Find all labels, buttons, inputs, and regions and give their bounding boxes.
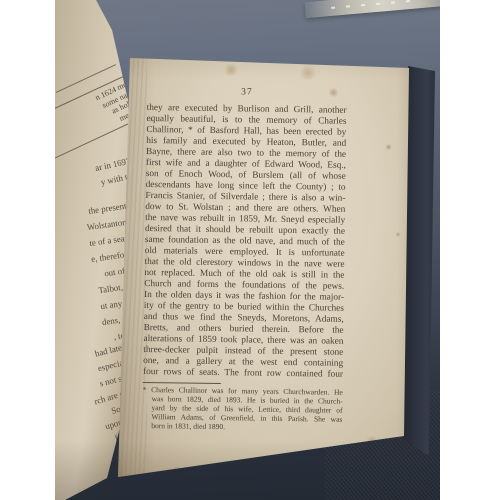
- footnote-separator: [143, 382, 221, 384]
- foxing-spot: [315, 458, 324, 465]
- page-number: 37: [147, 86, 347, 99]
- page-text: 37 they are executed by Burlison and Gri…: [142, 86, 347, 433]
- foxing-spot: [171, 466, 183, 474]
- body-text: they are executed by Burlison and Grill,…: [143, 103, 347, 381]
- auction-photo-canvas: n 1624 monysome namesas holdingme seats.…: [0, 0, 500, 500]
- foxing-spot: [385, 144, 392, 150]
- foxing-spot: [223, 64, 239, 76]
- book-photo: n 1624 monysome namesas holdingme seats.…: [55, 0, 440, 500]
- footnote: * Charles Challinor was for many years C…: [142, 386, 343, 433]
- foxing-spot: [298, 66, 318, 80]
- text-line: four rows of seats. The front row contai…: [143, 367, 343, 381]
- foxing-spot: [395, 232, 401, 237]
- cover-top-edge: [305, 0, 440, 18]
